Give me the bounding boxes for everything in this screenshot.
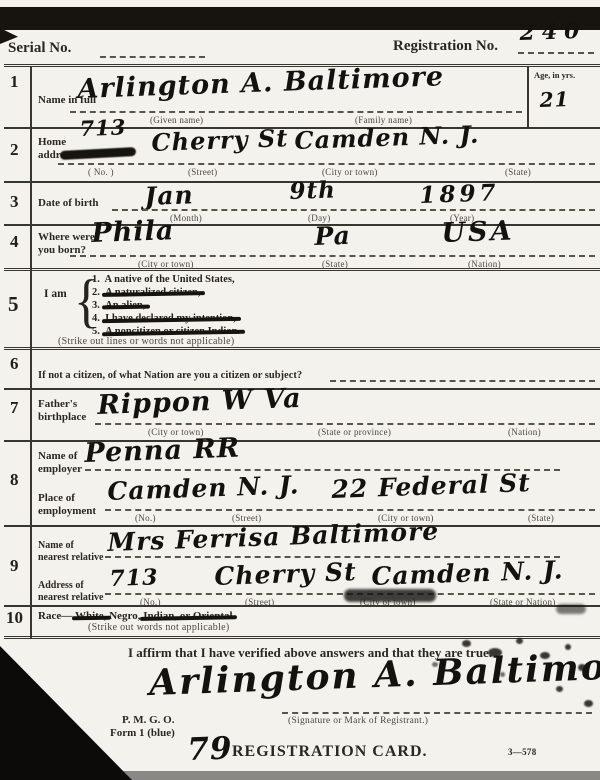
fathers-birthplace-label: Father's birthplace [38,398,86,423]
row8-number: 8 [10,470,19,490]
relative-addr-city-value: Camden N. J. [371,555,564,591]
place-of-employment-label: Place of employment [38,492,96,517]
registration-no-underline [518,52,594,54]
ink-blot [584,700,593,707]
employment-street-value: 22 Federal St [331,468,531,504]
fathers-birthplace-value: Rippon W Va [97,383,302,421]
race-option-white: White, [75,610,106,622]
date-of-birth-label: Date of birth [38,197,99,210]
citizen-item-1: 1. A native of the United States, [92,274,235,285]
strike-note: (Strike out lines or words not applicabl… [58,336,234,347]
ink-blot [488,648,502,657]
nearest-relative-name-label: Name of nearest relative [38,540,103,563]
employer-value: Penna RR [84,433,241,469]
row1-number: 1 [10,72,19,92]
father-nation-sublabel: (Nation) [508,427,541,437]
birth-day-value: 9th [289,176,336,205]
registration-card-scan: Serial No. Registration No. 240 1 Name i… [0,0,600,780]
nation-question: If not a citizen, of what Nation are you… [38,370,302,382]
race-option-other: Indian, or Oriental [143,610,232,622]
divider [4,388,600,390]
ink-blot [565,644,571,650]
born-nation-value: USA [441,215,515,249]
state-sublabel: (State) [505,167,531,177]
age-column-divider [527,66,529,127]
nearest-relative-address-label: Address of nearest relative [38,580,103,603]
citizen-item-3: 3. An alien, [92,300,145,311]
rel-state-sublabel: (State or Nation) [490,597,556,607]
row-number-divider [30,66,32,638]
name-blank [70,111,522,113]
row9-number: 9 [10,556,19,576]
employer-label: Name of employer [38,450,82,475]
ink-smudge [556,604,586,614]
month-sublabel: (Month) [170,213,202,223]
race-strike-note: (Strike out words not applicable) [88,622,230,633]
race-line: Race— White, Negro, Indian, or Oriental [38,610,233,622]
row2-number: 2 [10,140,19,160]
where-born-blank [70,255,595,257]
signature-sublabel: (Signature or Mark of Registrant.) [288,716,428,726]
employment-city-value: Camden N. J. [107,470,300,506]
ink-blot [432,662,438,667]
fathers-birthplace-blank [95,423,595,425]
rel-no-sublabel: (No.) [140,597,161,607]
row3-number: 3 [10,192,19,212]
form-number-label: Form 1 (blue) [110,727,175,740]
pmgo-label: P. M. G. O. [122,714,174,727]
divider [4,636,600,639]
born-city-value: Phila [91,215,175,249]
row10-number: 10 [6,608,23,628]
relative-addr-street-value: Cherry St [214,557,357,591]
where-born-label: Where were you born? [38,231,95,256]
nearest-relative-name-value: Mrs Ferrisa Baltimore [107,516,440,557]
home-city-value: Camden N. J. [294,120,480,155]
age-label: Age, in yrs. [534,71,575,81]
emp-state-sublabel: (State) [528,513,554,523]
ink-blot [556,686,563,692]
born-city-sublabel: (City or town) [138,259,194,269]
i-am-label: I am [44,288,67,300]
relative-addr-no-value: 713 [109,564,159,592]
citizen-item-2: 2. A naturalized citizen, [92,287,201,298]
age-value: 21 [539,87,570,112]
birth-month-value: Jan [144,180,194,211]
emp-no-sublabel: (No.) [135,513,156,523]
print-code: 3—578 [508,747,537,757]
registration-no-label: Registration No. [393,38,498,55]
home-street-value: Cherry St [151,123,289,157]
given-name-sublabel: (Given name) [150,115,203,125]
born-state-value: Pa [314,221,351,251]
serial-no-blank [100,56,205,58]
ink-smudge [344,589,436,602]
home-no-value: 713 [79,114,127,141]
citizen-item-4: 4. I have declared my intention, [92,313,236,324]
home-address-blank [58,163,595,165]
no-sublabel: ( No. ) [88,167,114,177]
ink-blot [578,664,586,671]
scan-corner-fold [0,646,132,780]
nation-question-blank [330,380,595,382]
birth-year-value: 1897 [419,179,500,209]
father-state-sublabel: (State or province) [318,427,391,437]
date-of-birth-blank [112,209,595,211]
card-title: REGISTRATION CARD. [232,743,428,761]
rel-street-sublabel: (Street) [245,597,274,607]
employment-blank [105,509,595,511]
emp-street-sublabel: (Street) [232,513,261,523]
divider [4,347,600,350]
ink-blot [540,652,550,659]
page-number-value: 79 [187,730,233,768]
race-label: Race— [38,610,72,622]
row7-number: 7 [10,398,19,418]
signature-line [282,712,592,714]
ink-blot [500,672,505,677]
scan-top-bar [0,7,600,30]
born-nation-sublabel: (Nation) [468,259,501,269]
ink-blot [516,638,523,644]
race-option-negro: Negro, [109,610,140,622]
ink-blot [462,640,471,647]
row6-number: 6 [10,354,19,374]
row4-number: 4 [10,232,19,252]
row5-number: 5 [8,292,19,317]
name-in-full-value: Arlington A. Baltimore [77,61,445,105]
serial-no-label: Serial No. [8,40,71,57]
street-sublabel: (Street) [188,167,217,177]
born-state-sublabel: (State) [322,259,348,269]
registration-no-value: 240 [519,18,587,46]
city-sublabel: (City or town) [322,167,378,177]
